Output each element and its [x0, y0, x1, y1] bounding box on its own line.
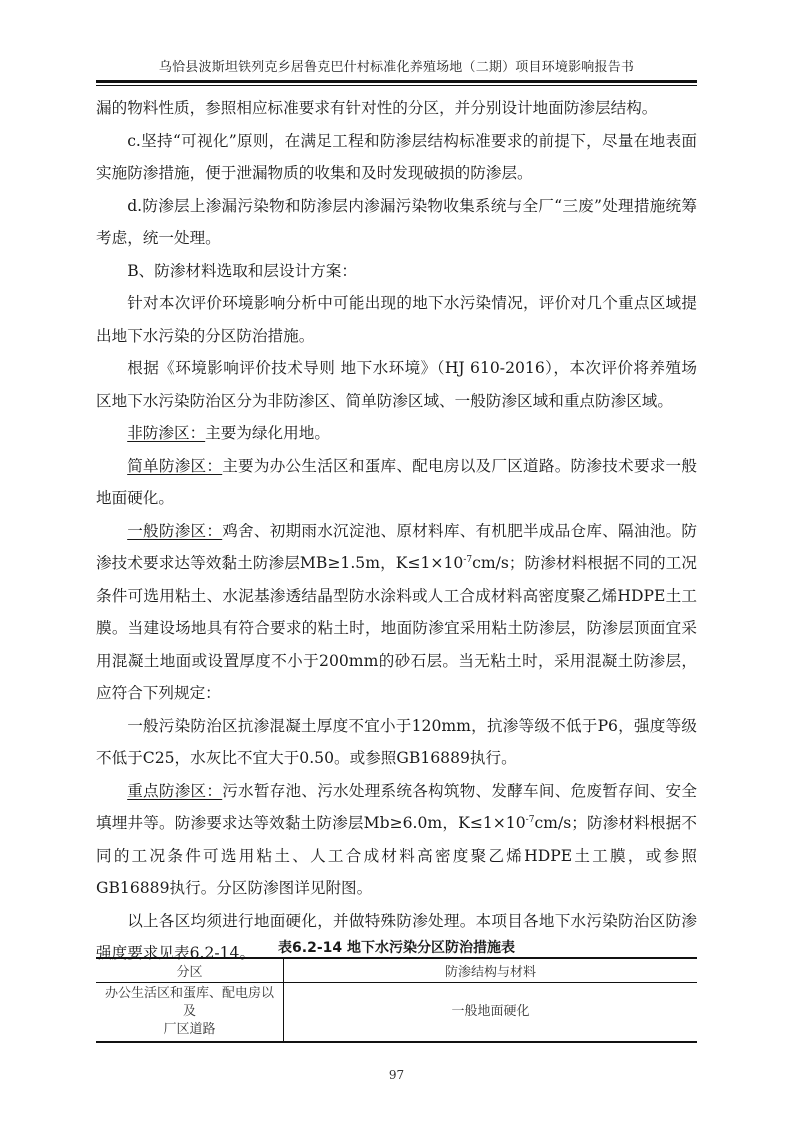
- paragraph: 根据《环境影响评价技术导则 地下水环境》（HJ 610-2016），本次评价将养…: [96, 352, 697, 417]
- table-caption: 表6.2-14 地下水污染分区防治措施表: [96, 937, 697, 957]
- paragraph: 漏的物料性质，参照相应标准要求有针对性的分区，并分别设计地面防渗层结构。: [96, 92, 697, 125]
- paragraph: 针对本次评价环境影响分析中可能出现的地下水污染情况，评价对几个重点区域提出地下水…: [96, 287, 697, 352]
- header-rule-thin: [96, 85, 697, 86]
- zone-label: 重点防渗区：: [127, 782, 222, 800]
- paragraph: c.坚持“可视化”原则，在满足工程和防渗层结构标准要求的前提下，尽量在地表面实施…: [96, 125, 697, 190]
- zone-simple-seepage: 简单防渗区：主要为办公生活区和蛋库、配电房以及厂区道路。防渗技术要求一般地面硬化…: [96, 450, 697, 515]
- zone-key-seepage: 重点防渗区：污水暂存池、污水处理系统各构筑物、发酵车间、危废暂存间、安全填埋井等…: [96, 775, 697, 905]
- column-header-zone: 分区: [96, 958, 284, 983]
- zone-text: cm/s；防渗材料根据不同的工况条件可选用粘土、水泥基渗透结晶型防水涂料或人工合…: [96, 554, 697, 702]
- cell-material: 一般地面硬化: [284, 983, 698, 1043]
- column-header-material: 防渗结构与材料: [284, 958, 698, 983]
- zoning-table: 分区 防渗结构与材料 办公生活区和蛋库、配电房以及厂区道路 一般地面硬化: [96, 957, 697, 1043]
- zone-non-seepage: 非防渗区：主要为绿化用地。: [96, 417, 697, 450]
- table-header-row: 分区 防渗结构与材料: [96, 958, 697, 983]
- cell-zone: 办公生活区和蛋库、配电房以及厂区道路: [96, 983, 284, 1043]
- document-body: 漏的物料性质，参照相应标准要求有针对性的分区，并分别设计地面防渗层结构。 c.坚…: [96, 92, 697, 970]
- zone-label: 非防渗区：: [127, 424, 205, 442]
- cell-zone-line: 厂区道路: [163, 1022, 215, 1037]
- zone-text: 主要为绿化用地。: [205, 424, 330, 442]
- cell-zone-line: 办公生活区和蛋库、配电房以及: [105, 986, 274, 1019]
- paragraph: d.防渗层上渗漏污染物和防渗层内渗漏污染物收集系统与全厂“三废”处理措施统筹考虑…: [96, 190, 697, 255]
- zone-label: 一般防渗区：: [127, 522, 222, 540]
- paragraph: 一般污染防治区抗渗混凝土厚度不宜小于120mm，抗渗等级不低于P6，强度等级不低…: [96, 710, 697, 775]
- document-header: 乌恰县波斯坦铁列克乡居鲁克巴什村标准化养殖场地（二期）项目环境影响报告书: [0, 56, 793, 75]
- zone-label: 简单防渗区：: [127, 457, 222, 475]
- paragraph-heading-b: B、防渗材料选取和层设计方案：: [96, 255, 697, 288]
- exponent: -7: [463, 555, 472, 565]
- page-number: 97: [0, 1068, 793, 1082]
- table-row: 办公生活区和蛋库、配电房以及厂区道路 一般地面硬化: [96, 983, 697, 1043]
- header-rule-thick: [96, 80, 697, 83]
- zone-general-seepage: 一般防渗区：鸡舍、初期雨水沉淀池、原材料库、有机肥半成品仓库、隔油池。防渗技术要…: [96, 515, 697, 710]
